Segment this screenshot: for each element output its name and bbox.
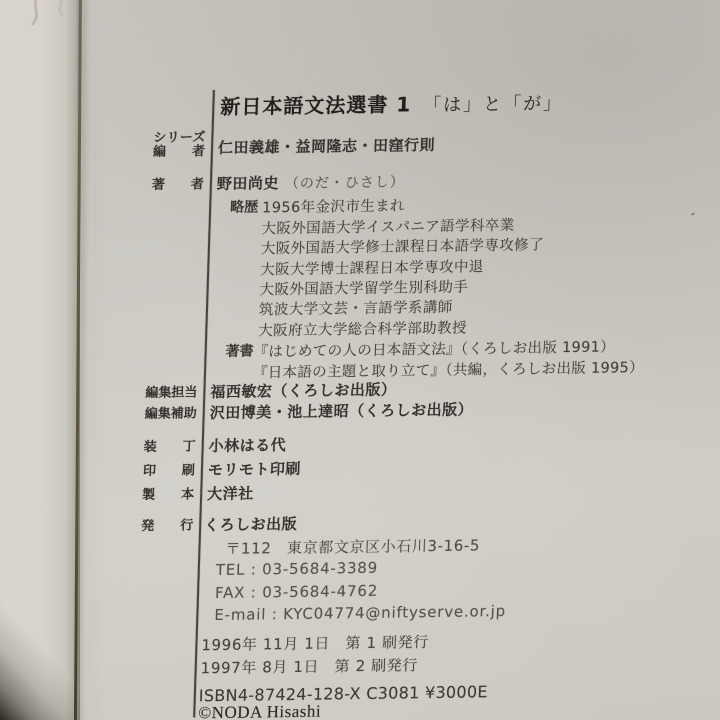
first-edition-line: 1996年 11月 1日 第 1 刷発行 — [201, 631, 429, 655]
series-editor-label-line2: 編 者 — [153, 145, 205, 160]
series-editor-label: シリーズ 編 者 — [153, 131, 206, 160]
editing-charge-value: 福西敏宏（くろしお出版） — [210, 378, 397, 402]
handwritten-pen-marks-icon — [0, 0, 80, 40]
printing-label: 印 刷 — [143, 459, 196, 479]
career-line: 筑波大学文芸・言語学系講師 — [259, 296, 453, 320]
career-line: 大阪外国語大学修士課程日本語学専攻修了 — [261, 233, 545, 258]
works-label: 著書 — [225, 340, 254, 360]
copyright-line: ©NODA Hisashi — [198, 702, 321, 720]
author-kana: （のだ・ひさし） — [285, 174, 405, 192]
career-line: 1956年金沢市生まれ — [262, 194, 405, 217]
editing-charge-label: 編集担当 — [145, 381, 198, 401]
author-label: 著 者 — [152, 173, 205, 193]
author-name-line: 野田尚史（のだ・ひさし） — [217, 170, 406, 194]
publisher-fax: FAX : 03-5684-4762 — [215, 582, 379, 602]
editing-assist-label: 編集補助 — [144, 402, 197, 422]
publisher-address: 〒112 東京都文京区小石川3-16-5 — [225, 534, 480, 559]
publisher-email: E-mail : KYC04774@niftyserve.or.jp — [214, 602, 506, 624]
publisher-name: くろしお出版 — [204, 513, 298, 535]
work-title: 『日本語の主題と取り立て』（共編，くろしお出版 1995） — [253, 356, 645, 382]
binding-value: 大洋社 — [207, 482, 254, 504]
publisher-tel: TEL : 03-5684-3389 — [216, 559, 379, 579]
binding-label: 製 本 — [142, 483, 195, 503]
publisher-label: 発 行 — [141, 514, 194, 534]
career-line: 大阪府立大学総合科学部助教授 — [258, 316, 467, 340]
design-value: 小林はる代 — [208, 434, 286, 456]
printing-value: モリモト印刷 — [208, 458, 302, 480]
book-title-line: 新日本語文法選書 1「は」と「が」 — [220, 86, 564, 120]
colophon-block: 新日本語文法選書 1「は」と「が」 シリーズ 編 者 仁田義雄・益岡隆志・田窪行… — [0, 80, 720, 720]
editing-assist-value: 沢田博美・池上達昭（くろしお出版） — [209, 398, 473, 423]
author-name: 野田尚史 — [217, 174, 280, 193]
book-colophon-photo: 新日本語文法選書 1「は」と「が」 シリーズ 編 者 仁田義雄・益岡隆志・田窪行… — [0, 0, 720, 720]
career-label: 略歴 — [230, 196, 259, 216]
second-edition-line: 1997年 8月 1日 第 2 刷発行 — [200, 654, 418, 678]
design-label: 装 丁 — [143, 435, 196, 455]
book-title: 「は」と「が」 — [423, 93, 564, 116]
series-editor-names: 仁田義雄・益岡隆志・田窪行則 — [218, 134, 436, 158]
series-title: 新日本語文法選書 1 — [220, 92, 412, 119]
